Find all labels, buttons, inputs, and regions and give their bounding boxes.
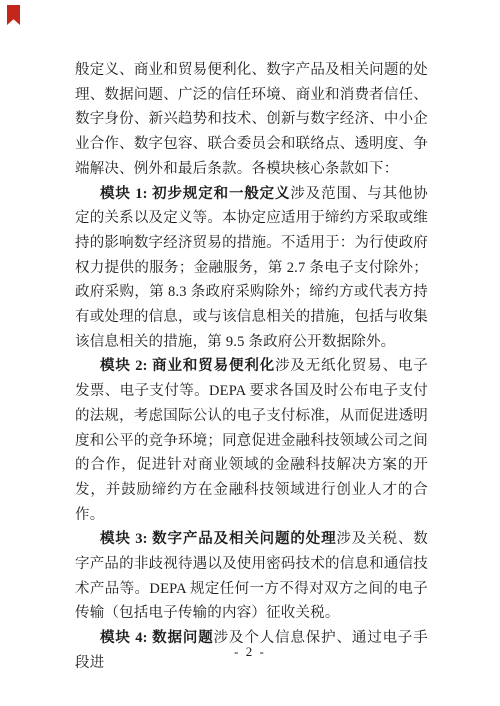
module-1-text: 涉及范围、与其他协定的关系以及定义等。本协定应适用于缔约方采取或维持的影响数字经…: [75, 186, 428, 350]
document-page: 般定义、商业和贸易便利化、数字产品及相关问题的处理、数据问题、广泛的信任环境、商…: [0, 0, 500, 706]
module-3-heading: 模块 3: 数字产品及相关问题的处理: [100, 531, 337, 547]
module-2-heading: 模块 2: 商业和贸易便利化: [100, 358, 275, 374]
module-1-heading: 模块 1: 初步规定和一般定义: [100, 186, 290, 202]
document-body: 般定义、商业和贸易便利化、数字产品及相关问题的处理、数据问题、广泛的信任环境、商…: [75, 58, 428, 676]
paragraph-intro-text: 般定义、商业和贸易便利化、数字产品及相关问题的处理、数据问题、广泛的信任环境、商…: [75, 62, 428, 177]
red-bookmark-icon: [7, 5, 20, 25]
module-2-text: 涉及无纸化贸易、电子发票、电子支付等。DEPA 要求各国及时公布电子支付的法规，…: [75, 358, 428, 522]
paragraph-intro: 般定义、商业和贸易便利化、数字产品及相关问题的处理、数据问题、广泛的信任环境、商…: [75, 58, 428, 182]
paragraph-module-3: 模块 3: 数字产品及相关问题的处理涉及关税、数字产品的非歧视待遇以及使用密码技…: [75, 527, 428, 626]
red-bookmark-shape: [7, 5, 20, 25]
paragraph-module-1: 模块 1: 初步规定和一般定义涉及范围、与其他协定的关系以及定义等。本协定应适用…: [75, 182, 428, 355]
page-number: - 2 -: [0, 643, 500, 661]
paragraph-module-2: 模块 2: 商业和贸易便利化涉及无纸化贸易、电子发票、电子支付等。DEPA 要求…: [75, 354, 428, 527]
